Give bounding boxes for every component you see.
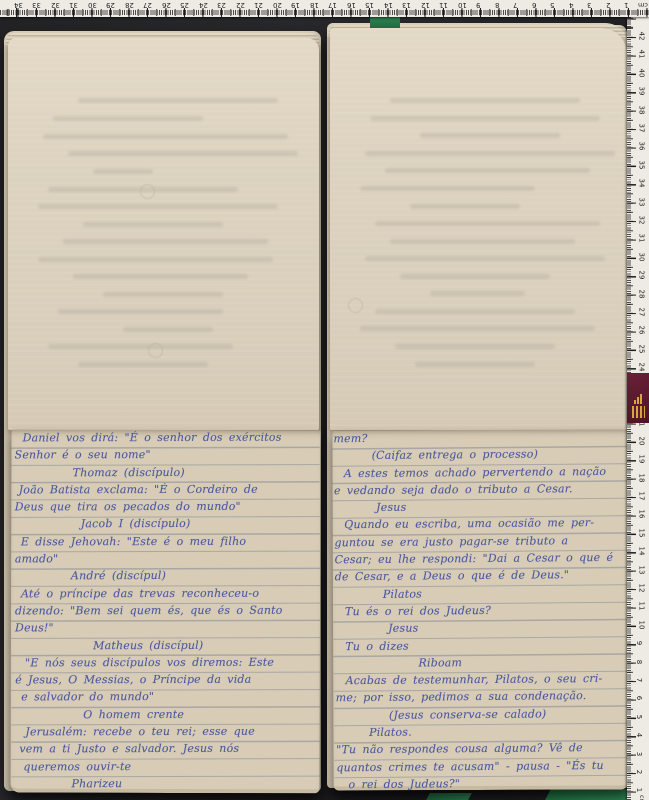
ruler-number: 34: [637, 179, 645, 188]
ruler-number: 15: [637, 528, 645, 537]
ruler-number: 9: [635, 641, 643, 645]
ruler-number: 17: [328, 1, 337, 9]
bleed-through-text-line: [400, 274, 550, 279]
ruler-number: 13: [637, 565, 645, 574]
bleed-through-text-line: [38, 257, 273, 262]
ruler-number: 20: [273, 1, 282, 9]
bleed-through-text-line: [375, 221, 600, 226]
ruler-number: 2: [635, 770, 643, 774]
ruler-number: 6: [635, 696, 643, 700]
ruler-number: 21: [254, 1, 263, 9]
ruler-number: 30: [637, 252, 645, 261]
ruler-number: 22: [236, 1, 245, 9]
bleed-through-text-line: [360, 186, 535, 191]
left-blank-page: [8, 38, 319, 430]
bleed-through-text-line: [78, 98, 278, 103]
handwritten-line: o rei dos Judeus?": [334, 776, 629, 796]
ruler-number: 11: [637, 602, 645, 611]
bleed-through-text-line: [83, 222, 223, 227]
ruler-number: 14: [384, 1, 393, 9]
handwritten-line: E disse Jehovah: "Este é o meu filho: [11, 534, 320, 552]
ruler-number: 28: [125, 1, 134, 9]
ruler-number: 42: [637, 32, 645, 41]
paper-texture: [8, 38, 319, 430]
ruler-number: 14: [637, 547, 645, 556]
right-blank-page: [330, 28, 627, 430]
bleed-through-text-line: [390, 239, 575, 244]
left-handwriting: Daniel vos dirá: "É o senhor dos exércit…: [11, 430, 321, 790]
ruler-number: 24: [637, 363, 645, 372]
punch-hole: [348, 298, 363, 313]
ruler-cm-ticks: [0, 8, 649, 17]
ruler-number: 25: [180, 1, 189, 9]
handwritten-line: André (discípul): [11, 569, 320, 587]
handwritten-line: João Batista exclama: "É o Cordeiro de: [11, 482, 320, 500]
ruler-number: 30: [88, 1, 97, 9]
ruler-number: 29: [106, 1, 115, 9]
handwritten-line: Pharizeu: [11, 777, 320, 795]
ruler-number: 12: [637, 584, 645, 593]
right-written-page: mem?(Caifaz entrega o processo)A estes t…: [332, 429, 628, 790]
ruler-number: 31: [637, 234, 645, 243]
ruler-number: 4: [635, 733, 643, 737]
bleed-through-text-line: [103, 292, 223, 297]
ruler-number: 1: [624, 1, 628, 9]
handwritten-line: Matheus (discípul): [11, 638, 320, 656]
ruler-number: 6: [532, 1, 536, 9]
ruler-number: 20: [637, 436, 645, 445]
ruler-number: 24: [199, 1, 208, 9]
paper-texture: [330, 28, 627, 430]
handwritten-line: queremos ouvir-te: [11, 759, 320, 777]
ruler-number: 39: [637, 87, 645, 96]
ruler-number: 26: [162, 1, 171, 9]
ruler-number: 2: [606, 1, 610, 9]
handwritten-line: Até o príncipe das trevas reconheceu-o: [11, 586, 320, 604]
ruler-number: 33: [637, 197, 645, 206]
ruler-number: 8: [495, 1, 499, 9]
ruler-number: 37: [637, 124, 645, 133]
handwritten-line: O homem crente: [11, 707, 320, 725]
bleed-through-text-line: [48, 187, 238, 192]
handwritten-line: e salvador do mundo": [11, 690, 320, 708]
handwritten-line: Deus que tira os pecados do mundo": [11, 500, 320, 518]
ruler-number: 11: [439, 1, 448, 9]
bleed-through-text-line: [365, 256, 605, 261]
ruler-number: 5: [550, 1, 554, 9]
handwritten-line: é Jesus, O Messias, o Príncipe da vida: [11, 673, 320, 691]
ruler-number: 32: [637, 216, 645, 225]
ruler-number: 18: [310, 1, 319, 9]
ruler-number: 12: [421, 1, 430, 9]
bleed-through-text-line: [123, 327, 213, 332]
bleed-through-text-line: [420, 133, 560, 138]
ruler-number: 25: [637, 344, 645, 353]
bleed-through-text-line: [410, 204, 520, 209]
ruler-number: 9: [476, 1, 480, 9]
bleed-through-text-line: [385, 168, 590, 173]
ruler-number: 16: [637, 510, 645, 519]
ruler-number: 10: [637, 620, 645, 629]
ruler-number: 33: [32, 1, 41, 9]
handwritten-line: Jerusalém: recebe o teu rei; esse que: [11, 725, 320, 743]
bleed-through-text-line: [63, 239, 268, 244]
bleed-through-text-line: [93, 169, 153, 174]
ruler-number: 36: [637, 142, 645, 151]
handwritten-line: amado": [11, 552, 320, 570]
top-ruler: cm 3433323130292827262524232221201918171…: [0, 0, 649, 17]
ruler-brand-emblem: [627, 373, 649, 423]
ruler-number: 41: [637, 50, 645, 59]
ruler-number: 10: [458, 1, 467, 9]
left-written-page: Daniel vos dirá: "É o senhor dos exércit…: [11, 430, 321, 794]
ruler-number: 27: [637, 308, 645, 317]
ruler-number: 7: [635, 678, 643, 682]
handwritten-line: Deus!": [11, 621, 320, 639]
bleed-through-text-line: [53, 116, 203, 121]
ruler-number: 3: [587, 1, 591, 9]
bleed-through-text-line: [78, 362, 208, 367]
ruler-number: 19: [291, 1, 300, 9]
ruler-number: 32: [51, 1, 60, 9]
ruler-number: 19: [637, 455, 645, 464]
ruler-number: 28: [637, 289, 645, 298]
ruler-number: 18: [637, 473, 645, 482]
ruler-number: 23: [217, 1, 226, 9]
ruler-number: 15: [365, 1, 374, 9]
ruler-number: 5: [635, 715, 643, 719]
bleed-through-text-line: [43, 134, 288, 139]
bleed-through-text-line: [38, 204, 278, 209]
handwritten-line: Thomaz (discípulo): [11, 465, 320, 483]
emblem-grid-icon: [632, 406, 645, 418]
bleed-through-text-line: [58, 309, 223, 314]
ruler-number: 3: [635, 751, 643, 755]
bleed-through-text-line: [395, 344, 555, 349]
ruler-number: 16: [347, 1, 356, 9]
ruler-number: 4: [569, 1, 573, 9]
bleed-through-text-line: [370, 116, 600, 121]
handwritten-line: Jacob I (discípulo): [11, 517, 320, 535]
handwritten-line: Daniel vos dirá: "É o senhor dos exércit…: [11, 431, 320, 449]
ruler-number: 35: [637, 160, 645, 169]
ruler-unit-label: cm: [638, 795, 646, 800]
right-ruler: cm 4241403938373635343332313029282726252…: [627, 17, 649, 800]
right-handwriting: mem?(Caifaz entrega o processo)A estes t…: [331, 429, 629, 788]
bleed-through-text-line: [360, 326, 595, 331]
bleed-through-text-line: [415, 362, 535, 367]
ruler-number: 17: [637, 492, 645, 501]
bleed-through-text-line: [390, 98, 580, 103]
ruler-number: 38: [637, 105, 645, 114]
emblem-bars-icon: [634, 394, 642, 404]
ruler-number: 27: [143, 1, 152, 9]
bleed-through-text-line: [375, 309, 575, 314]
handwritten-line: Senhor é o seu nome": [11, 448, 320, 466]
handwritten-line: vem a ti Justo e salvador. Jesus nós: [11, 742, 320, 760]
ruler-number: 31: [69, 1, 78, 9]
bleed-through-text-line: [73, 274, 248, 279]
ruler-number: 8: [635, 659, 643, 663]
ruler-number: 13: [402, 1, 411, 9]
ruler-unit-label: cm: [638, 1, 648, 9]
bleed-through-text-line: [48, 344, 233, 349]
ruler-number: 40: [637, 68, 645, 77]
ruler-number: 34: [14, 1, 23, 9]
bleed-through-text-line: [430, 291, 525, 296]
handwritten-line: dizendo: "Bem sei quem és, que és o Sant…: [11, 604, 320, 622]
handwritten-line: "E nós seus discípulos vos diremos: Este: [11, 655, 320, 673]
ruler-number: 7: [513, 1, 517, 9]
notebook-photo: Daniel vos dirá: "É o senhor dos exércit…: [0, 0, 649, 800]
ruler-number: 1: [635, 788, 643, 792]
ruler-number: 26: [637, 326, 645, 335]
ruler-number: 29: [637, 271, 645, 280]
bleed-through-text-line: [68, 151, 298, 156]
bleed-through-text-line: [365, 151, 615, 156]
